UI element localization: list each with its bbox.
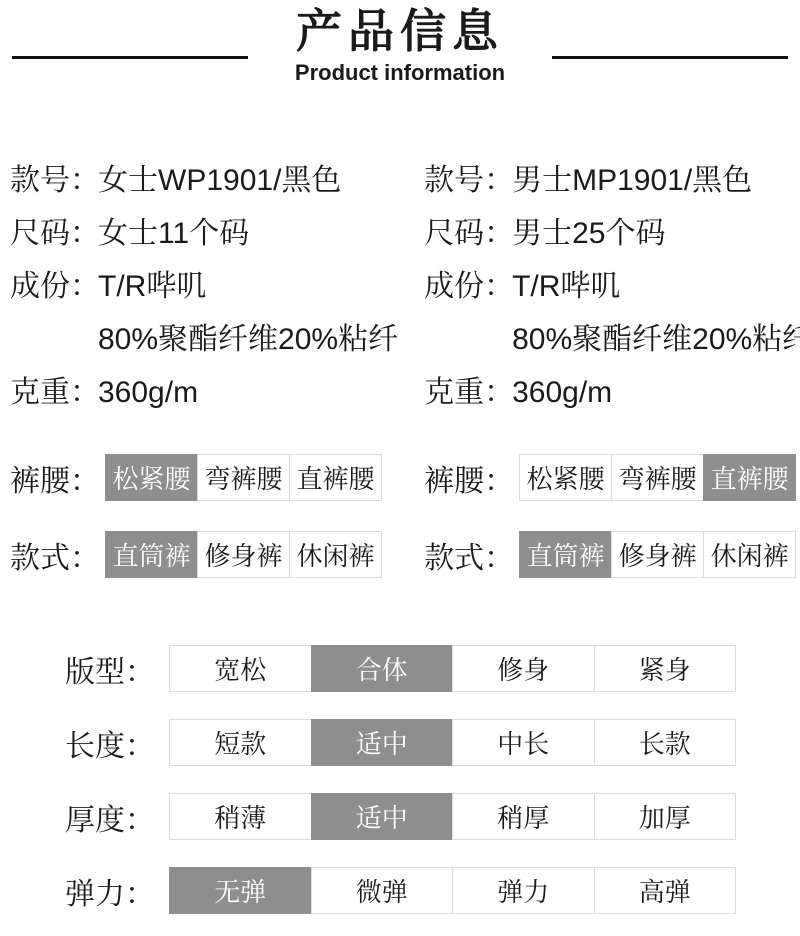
option-cell: 中长	[452, 719, 595, 766]
attributes-section: 版型： 宽松 合体 修身 紧身 长度： 短款 适中 中长 长款 厚度： 稍薄 适…	[0, 645, 800, 914]
info-row-size-range: 尺码： 男士25个码	[424, 218, 800, 250]
option-cell: 修身	[452, 645, 595, 692]
attr-row-fit: 版型： 宽松 合体 修身 紧身	[0, 645, 800, 692]
fabric-weight-label: 克重：	[424, 377, 512, 409]
pant-style-label: 款式：	[424, 533, 519, 577]
size-range-value: 男士25个码	[512, 218, 665, 250]
product-info-page: 产品信息 Product information 款号： 女士WP1901/黑色…	[0, 0, 800, 936]
page-title: 产品信息	[0, 0, 800, 58]
waist-type-label: 裤腰：	[10, 456, 105, 500]
option-row-pant-style: 款式： 直筒裤 修身裤 休闲裤	[424, 531, 800, 578]
fabric-weight-value: 360g/m	[512, 377, 612, 409]
option-cell: 长款	[594, 719, 737, 766]
length-label: 长度：	[65, 721, 170, 765]
attr-row-length: 长度： 短款 适中 中长 长款	[0, 719, 800, 766]
pant-style-options: 直筒裤 修身裤 休闲裤	[105, 531, 382, 578]
fabric-weight-label: 克重：	[10, 377, 98, 409]
style-number-label: 款号：	[424, 165, 512, 197]
option-cell: 松紧腰	[519, 454, 612, 501]
elasticity-label: 弹力：	[65, 869, 170, 913]
info-row-style-number: 款号： 男士MP1901/黑色	[424, 165, 800, 197]
info-row-composition: 成份： T/R哔叽	[10, 271, 398, 303]
info-row-composition: 成份： T/R哔叽	[424, 271, 800, 303]
option-cell: 休闲裤	[289, 531, 382, 578]
info-row-composition-detail: 80%聚酯纤维20%粘纤	[424, 324, 800, 356]
waist-type-options: 松紧腰 弯裤腰 直裤腰	[105, 454, 382, 501]
spec-column-women: 款号： 女士WP1901/黑色 尺码： 女士11个码 成份： T/R哔叽 80%…	[0, 150, 406, 578]
spec-column-men: 款号： 男士MP1901/黑色 尺码： 男士25个码 成份： T/R哔叽 80%…	[406, 150, 800, 578]
thickness-label: 厚度：	[65, 795, 170, 839]
option-cell: 直裤腰	[703, 454, 796, 501]
option-cell: 直筒裤	[105, 531, 198, 578]
option-cell: 弯裤腰	[611, 454, 704, 501]
size-range-label: 尺码：	[424, 218, 512, 250]
pant-style-options: 直筒裤 修身裤 休闲裤	[519, 531, 796, 578]
option-cell: 微弹	[311, 867, 454, 914]
composition-detail-value: 80%聚酯纤维20%粘纤	[98, 324, 398, 356]
waist-type-label: 裤腰：	[424, 456, 519, 500]
option-cell: 直裤腰	[289, 454, 382, 501]
size-range-value: 女士11个码	[98, 218, 249, 250]
composition-detail-value: 80%聚酯纤维20%粘纤	[512, 324, 800, 356]
option-cell: 适中	[311, 793, 454, 840]
option-cell: 宽松	[169, 645, 312, 692]
option-cell: 稍薄	[169, 793, 312, 840]
page-header: 产品信息 Product information	[0, 0, 800, 150]
option-cell: 松紧腰	[105, 454, 198, 501]
option-cell: 短款	[169, 719, 312, 766]
option-row-pant-style: 款式： 直筒裤 修身裤 休闲裤	[10, 531, 398, 578]
option-cell: 修身裤	[611, 531, 704, 578]
option-cell: 稍厚	[452, 793, 595, 840]
option-row-waist-type: 裤腰： 松紧腰 弯裤腰 直裤腰	[10, 454, 398, 501]
composition-label: 成份：	[424, 271, 512, 303]
style-number-label: 款号：	[10, 165, 98, 197]
fabric-weight-value: 360g/m	[98, 377, 198, 409]
header-left-rule	[12, 56, 248, 59]
info-row-fabric-weight: 克重： 360g/m	[424, 377, 800, 409]
option-cell: 弯裤腰	[197, 454, 290, 501]
size-range-label: 尺码：	[10, 218, 98, 250]
composition-value: T/R哔叽	[512, 271, 620, 303]
attr-row-thickness: 厚度： 稍薄 适中 稍厚 加厚	[0, 793, 800, 840]
composition-value: T/R哔叽	[98, 271, 206, 303]
thickness-options: 稍薄 适中 稍厚 加厚	[170, 793, 736, 840]
style-number-value: 女士WP1901/黑色	[98, 165, 341, 197]
style-number-value: 男士MP1901/黑色	[512, 165, 752, 197]
composition-label: 成份：	[10, 271, 98, 303]
info-row-composition-detail: 80%聚酯纤维20%粘纤	[10, 324, 398, 356]
option-row-waist-type: 裤腰： 松紧腰 弯裤腰 直裤腰	[424, 454, 800, 501]
info-row-style-number: 款号： 女士WP1901/黑色	[10, 165, 398, 197]
option-cell: 高弹	[594, 867, 737, 914]
spec-columns: 款号： 女士WP1901/黑色 尺码： 女士11个码 成份： T/R哔叽 80%…	[0, 150, 800, 606]
waist-type-options: 松紧腰 弯裤腰 直裤腰	[519, 454, 796, 501]
header-right-rule	[552, 56, 788, 59]
fit-label: 版型：	[65, 647, 170, 691]
option-cell: 紧身	[594, 645, 737, 692]
option-cell: 直筒裤	[519, 531, 612, 578]
option-cell: 无弹	[169, 867, 312, 914]
attr-row-elasticity: 弹力： 无弹 微弹 弹力 高弹	[0, 867, 800, 914]
option-cell: 加厚	[594, 793, 737, 840]
fit-options: 宽松 合体 修身 紧身	[170, 645, 736, 692]
length-options: 短款 适中 中长 长款	[170, 719, 736, 766]
option-cell: 弹力	[452, 867, 595, 914]
info-row-size-range: 尺码： 女士11个码	[10, 218, 398, 250]
elasticity-options: 无弹 微弹 弹力 高弹	[170, 867, 736, 914]
info-row-fabric-weight: 克重： 360g/m	[10, 377, 398, 409]
option-cell: 适中	[311, 719, 454, 766]
option-cell: 休闲裤	[703, 531, 796, 578]
option-cell: 合体	[311, 645, 454, 692]
option-cell: 修身裤	[197, 531, 290, 578]
page-subtitle: Product information	[0, 60, 800, 86]
pant-style-label: 款式：	[10, 533, 105, 577]
